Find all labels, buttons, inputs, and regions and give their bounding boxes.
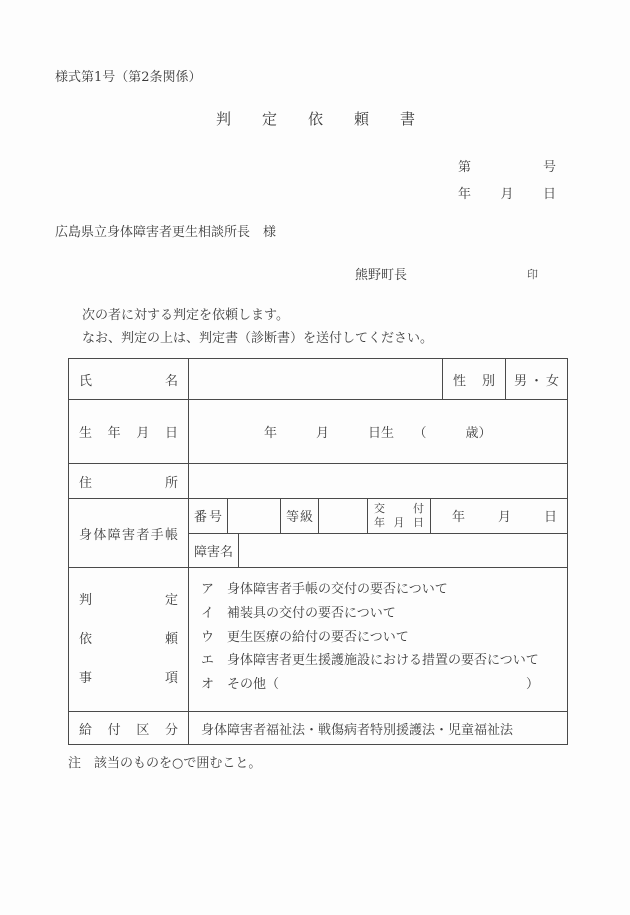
benefit-label: 給付区分 [79, 719, 178, 738]
disability-name-value-cell [239, 534, 567, 568]
handbook-issue-date-value: 年月日 [452, 506, 557, 525]
date-month-label: 月 [500, 183, 513, 202]
date-line: 年 月 日 [458, 183, 556, 202]
table-row-name: 氏名 性別 男・女 [69, 359, 567, 399]
footer-note: 注 該当のものを○で囲むこと。 [68, 752, 261, 771]
sender-name: 熊野町長 [355, 264, 407, 283]
handbook-grade-label: 等級 [286, 506, 313, 525]
benefit-value: 身体障害者福祉法・戦傷病者特別援護法・児童福祉法 [189, 712, 567, 744]
address-value-cell [189, 464, 567, 498]
table-row-request-items: 判定 依頼 事項 ア 身体障害者手帳の交付の要否について イ 補装具の交付の要否… [69, 567, 567, 711]
request-label-line1: 判定 [79, 594, 178, 607]
handbook-label: 身体障害者手帳 [79, 524, 178, 543]
handbook-grade-label-cell: 等級 [281, 499, 319, 533]
intro-line-2: なお、判定の上は、判定書（診断書）を送付してください。 [82, 327, 433, 346]
request-item-a: ア 身体障害者手帳の交付の要否について [201, 578, 555, 602]
request-item-i: イ 補装具の交付の要否について [201, 602, 555, 626]
seal-mark: 印 [527, 266, 538, 282]
handbook-number-label-cell: 番号 [189, 499, 228, 533]
doc-number-suffix: 号 [543, 156, 556, 175]
request-label-line3: 事項 [79, 672, 178, 685]
sex-value-cell: 男・女 [505, 359, 567, 399]
benefit-label-cell: 給付区分 [69, 712, 189, 744]
request-label-line2: 依頼 [79, 633, 178, 646]
address-label-cell: 住所 [69, 464, 189, 498]
handbook-top-subrow: 番号 等級 交付 年月日 年月日 [189, 499, 567, 534]
handbook-issue-date-label-cell: 交付 年月日 [368, 499, 431, 533]
name-label-cell: 氏名 [69, 359, 189, 399]
birthdate-value-cell: 年 月 日生 （ 歳） [189, 400, 567, 463]
date-day-label: 日 [543, 183, 556, 202]
disability-name-label-cell: 障害名 [189, 534, 239, 568]
handbook-number-label: 番号 [194, 506, 222, 525]
table-row-birthdate: 生年月日 年 月 日生 （ 歳） [69, 399, 567, 463]
request-item-e: エ 身体障害者更生援護施設における措置の要否について [201, 649, 555, 673]
handbook-issue-date-label-line1: 交付 [374, 502, 424, 516]
request-item-u: ウ 更生医療の給付の要否について [201, 626, 555, 650]
address-label: 住所 [79, 472, 178, 491]
sex-value: 男・女 [514, 370, 559, 389]
birthdate-label: 生年月日 [79, 422, 178, 441]
table-row-address: 住所 [69, 463, 567, 498]
request-label-cell: 判定 依頼 事項 [69, 568, 189, 711]
form-number: 様式第1号（第2条関係） [55, 66, 202, 85]
doc-number-prefix: 第 [458, 156, 471, 175]
table-row-handbook: 身体障害者手帳 番号 等級 交付 年月日 [69, 498, 567, 567]
document-page: 様式第1号（第2条関係） 判定依頼書 第 号 年 月 日 広島県立身体障害者更生… [0, 0, 630, 915]
handbook-grade-value-cell [319, 499, 368, 533]
birthdate-label-cell: 生年月日 [69, 400, 189, 463]
recipient-line: 広島県立身体障害者更生相談所長 様 [55, 221, 276, 240]
disability-name-label: 障害名 [194, 541, 233, 560]
handbook-bottom-subrow: 障害名 [189, 534, 567, 568]
sex-label: 性別 [453, 370, 495, 389]
handbook-issue-date-label-line2: 年月日 [374, 516, 424, 530]
request-items-list: ア 身体障害者手帳の交付の要否について イ 補装具の交付の要否について ウ 更生… [189, 568, 567, 711]
document-number-line: 第 号 [458, 156, 556, 175]
handbook-issue-date-value-cell: 年月日 [431, 499, 567, 533]
handbook-label-cell: 身体障害者手帳 [69, 499, 189, 567]
request-item-o: オ その他（ ） [201, 673, 555, 697]
judgment-request-table: 氏名 性別 男・女 生年月日 年 月 日生 （ 歳） 住所 [68, 358, 568, 745]
date-year-label: 年 [458, 183, 471, 202]
handbook-number-value-cell [228, 499, 281, 533]
handbook-detail-area: 番号 等級 交付 年月日 年月日 [189, 499, 567, 567]
name-value-cell [189, 359, 442, 399]
table-row-benefit: 給付区分 身体障害者福祉法・戦傷病者特別援護法・児童福祉法 [69, 711, 567, 744]
sex-label-cell: 性別 [442, 359, 505, 399]
intro-line-1: 次の者に対する判定を依頼します。 [82, 304, 289, 323]
document-title: 判定依頼書 [216, 108, 446, 129]
name-label: 氏名 [79, 370, 178, 389]
